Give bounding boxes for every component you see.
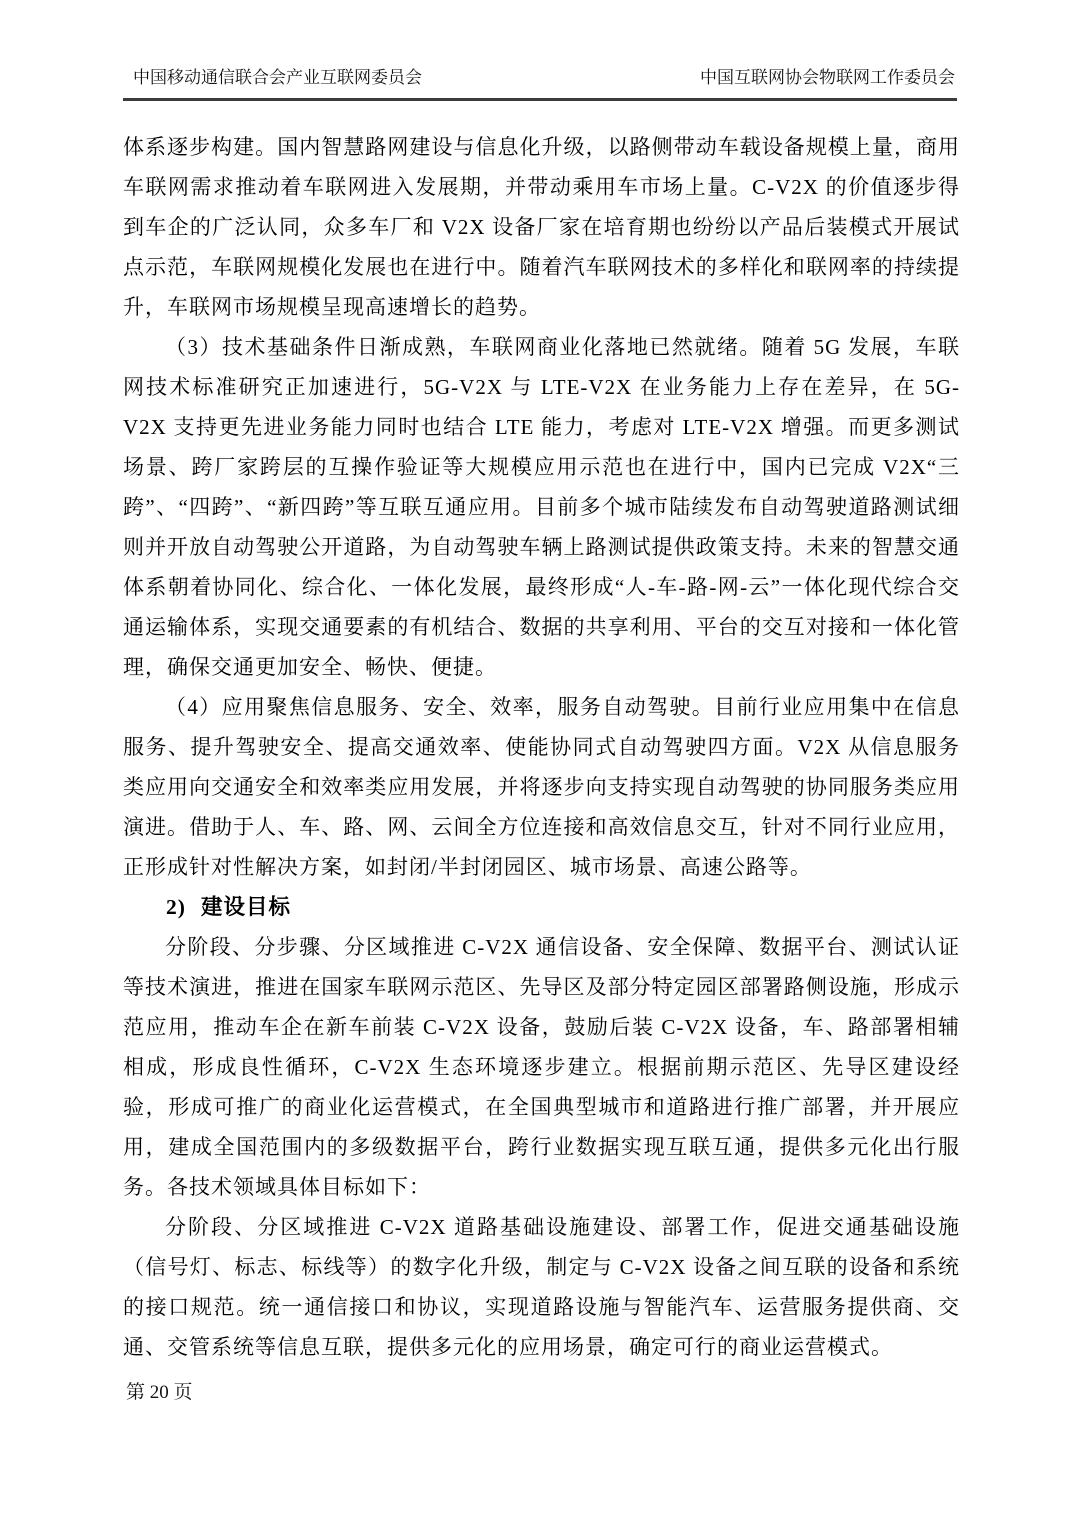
header-right-org: 中国互联网协会物联网工作委员会 (700, 66, 957, 90)
paragraph-item-4: （4）应用聚焦信息服务、安全、效率，服务自动驾驶。目前行业应用集中在信息服务、提… (123, 687, 960, 887)
page-number-footer: 第 20 页 (126, 1380, 193, 1406)
paragraph-continuation: 体系逐步构建。国内智慧路网建设与信息化升级，以路侧带动车载设备规模上量，商用车联… (123, 127, 960, 327)
section-number: 2) (166, 895, 186, 919)
section-title: 建设目标 (201, 895, 291, 919)
section-heading: 2)建设目标 (123, 887, 960, 927)
paragraph-goals-overview: 分阶段、分步骤、分区域推进 C-V2X 通信设备、安全保障、数据平台、测试认证等… (123, 927, 960, 1207)
document-body: 体系逐步构建。国内智慧路网建设与信息化升级，以路侧带动车载设备规模上量，商用车联… (123, 127, 960, 1367)
page-header: 中国移动通信联合会产业互联网委员会 中国互联网协会物联网工作委员会 (123, 66, 957, 101)
paragraph-item-3: （3）技术基础条件日渐成熟，车联网商业化落地已然就绪。随着 5G 发展，车联网技… (123, 327, 960, 687)
document-page: 中国移动通信联合会产业互联网委员会 中国互联网协会物联网工作委员会 体系逐步构建… (0, 0, 1080, 1527)
header-left-org: 中国移动通信联合会产业互联网委员会 (123, 66, 422, 90)
paragraph-road-infrastructure: 分阶段、分区域推进 C-V2X 道路基础设施建设、部署工作，促进交通基础设施（信… (123, 1207, 960, 1367)
